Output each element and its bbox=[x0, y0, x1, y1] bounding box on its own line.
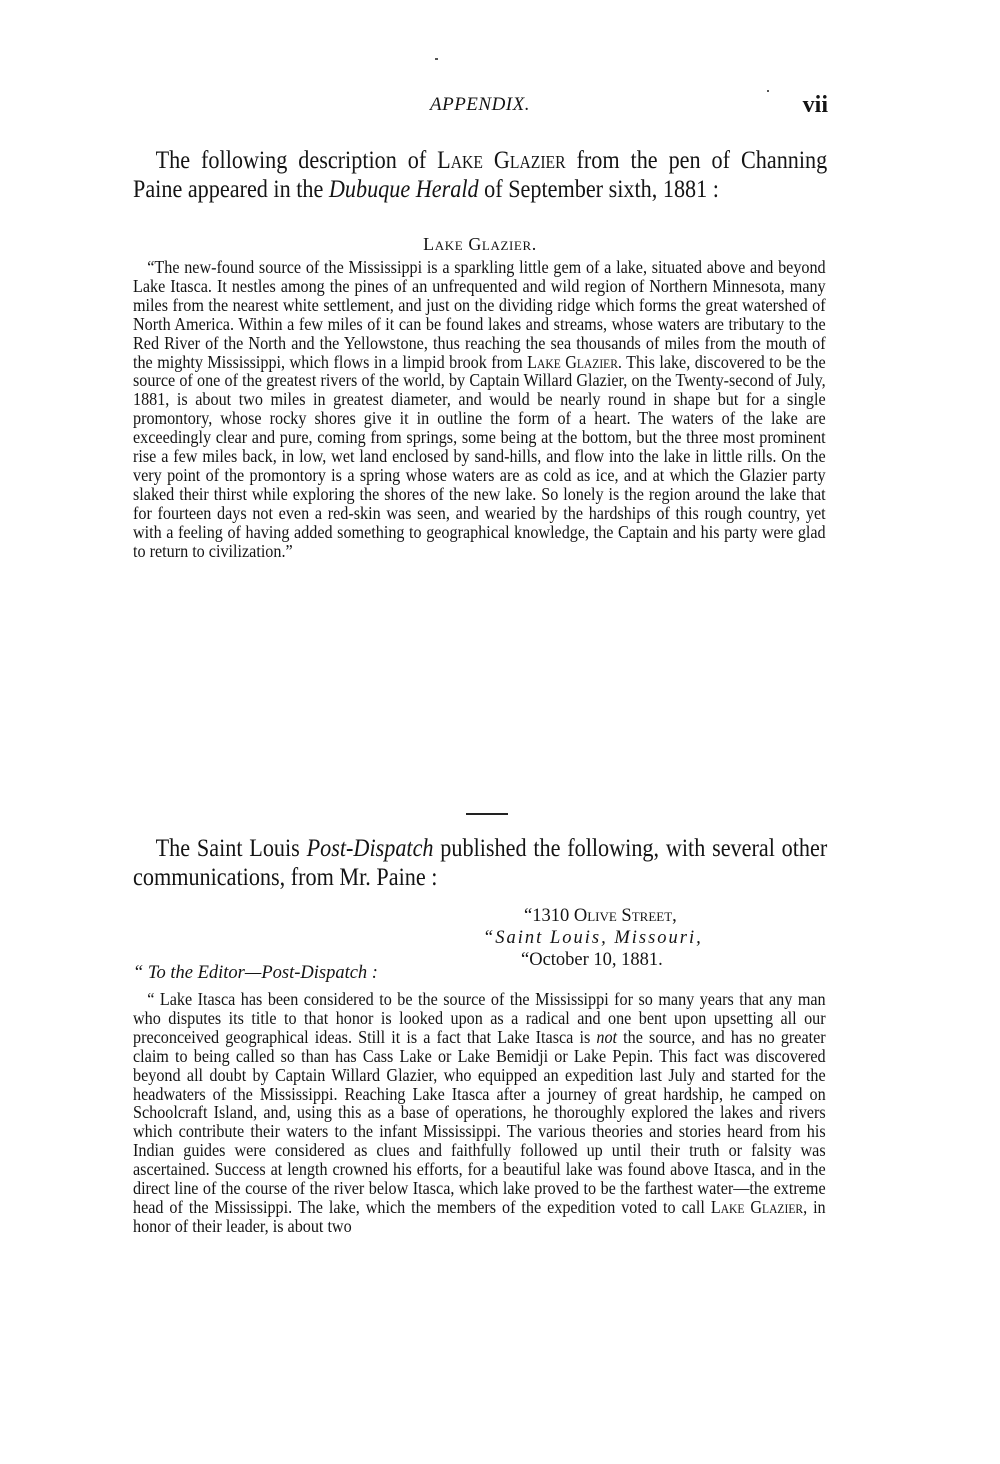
scan-speck bbox=[435, 58, 438, 60]
running-head: APPENDIX. bbox=[132, 94, 828, 116]
quote-paragraph-1: “The new-found source of the Mississippi… bbox=[133, 258, 826, 561]
lake-glazier-name: Lake Glazier bbox=[711, 1197, 803, 1217]
letter-address-city: “Saint Louis, Missouri, bbox=[483, 928, 703, 948]
section-divider bbox=[466, 813, 508, 815]
letter-date: “October 10, 1881. bbox=[521, 950, 663, 970]
newspaper-name: Dubuque Herald bbox=[329, 174, 479, 203]
scan-speck bbox=[767, 90, 769, 92]
page-header: APPENDIX. vii bbox=[132, 94, 828, 124]
newspaper-name: Post-Dispatch bbox=[307, 833, 434, 862]
book-page: APPENDIX. vii The following description … bbox=[0, 0, 1000, 1464]
intro-paragraph-1: The following description of Lake Glazie… bbox=[133, 145, 827, 203]
lake-glazier-name: Lake Glazier bbox=[527, 352, 618, 372]
intro-paragraph-2: The Saint Louis Post-Dispatch published … bbox=[133, 833, 827, 891]
letter-salutation: “ To the Editor—Post-Dispatch : bbox=[133, 963, 378, 983]
article-title: Lake Glazier. bbox=[132, 234, 828, 255]
page-number: vii bbox=[803, 92, 828, 119]
letter-address-street: “1310 Olive Street, bbox=[524, 906, 677, 926]
quote-paragraph-2: “ Lake Itasca has been considered to be … bbox=[133, 990, 826, 1236]
lake-glazier-name: Lake Glazier bbox=[437, 145, 565, 174]
